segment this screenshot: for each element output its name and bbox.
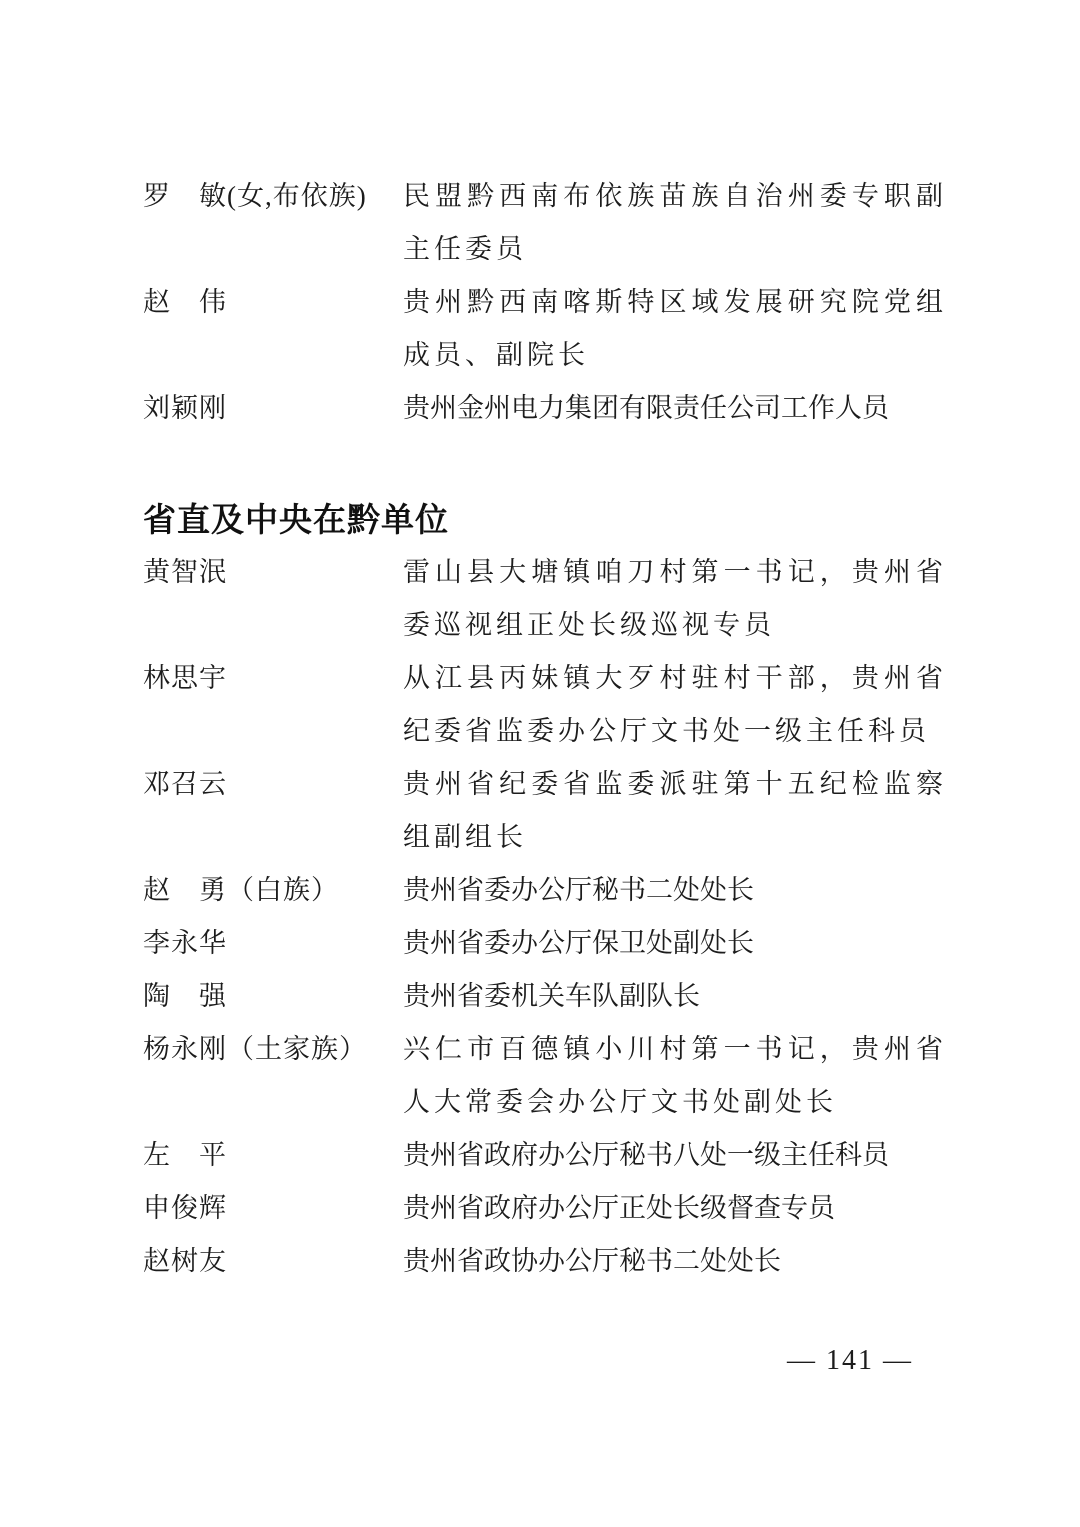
entry-position-line: 从江县丙妹镇大歹村驻村干部，贵州省 bbox=[403, 652, 943, 705]
page-footer: — 141 — bbox=[0, 1345, 1080, 1377]
entry-name: 李永华 bbox=[143, 917, 403, 970]
entry-position-line: 贵州省纪委省监委派驻第十五纪检监察 bbox=[403, 758, 943, 811]
entry-row: 林思宇从江县丙妹镇大歹村驻村干部，贵州省纪委省监委办公厅文书处一级主任科员 bbox=[143, 652, 943, 758]
entry-position: 贵州省政府办公厅正处长级督查专员 bbox=[403, 1182, 943, 1235]
entry-row: 邓召云贵州省纪委省监委派驻第十五纪检监察组副组长 bbox=[143, 758, 943, 864]
entry-name: 赵 勇（白族） bbox=[143, 864, 403, 917]
entry-name: 申俊辉 bbox=[143, 1182, 403, 1235]
entry-name: 赵 伟 bbox=[143, 276, 403, 329]
entry-row: 黄智泯雷山县大塘镇咱刀村第一书记，贵州省委巡视组正处长级巡视专员 bbox=[143, 546, 943, 652]
entry-name: 罗 敏(女,布依族) bbox=[143, 170, 403, 223]
entry-row: 杨永刚（土家族）兴仁市百德镇小川村第一书记，贵州省人大常委会办公厅文书处副处长 bbox=[143, 1023, 943, 1129]
entry-position: 雷山县大塘镇咱刀村第一书记，贵州省委巡视组正处长级巡视专员 bbox=[403, 546, 943, 652]
entry-position: 贵州黔西南喀斯特区域发展研究院党组成员、副院长 bbox=[403, 276, 943, 382]
entry-position: 贵州省政协办公厅秘书二处处长 bbox=[403, 1235, 943, 1288]
entry-position-line: 人大常委会办公厅文书处副处长 bbox=[403, 1076, 943, 1129]
entry-position-line: 雷山县大塘镇咱刀村第一书记，贵州省 bbox=[403, 546, 943, 599]
entry-name: 林思宇 bbox=[143, 652, 403, 705]
entry-row: 李永华贵州省委办公厅保卫处副处长 bbox=[143, 917, 943, 970]
entry-position-line: 委巡视组正处长级巡视专员 bbox=[403, 599, 943, 652]
entry-position-line: 民盟黔西南布依族苗族自治州委专职副 bbox=[403, 170, 943, 223]
document-page: 罗 敏(女,布依族)民盟黔西南布依族苗族自治州委专职副主任委员赵 伟贵州黔西南喀… bbox=[0, 0, 1080, 1527]
entry-position: 兴仁市百德镇小川村第一书记，贵州省人大常委会办公厅文书处副处长 bbox=[403, 1023, 943, 1129]
entry-name: 杨永刚（土家族） bbox=[143, 1023, 403, 1076]
entry-position-line: 成员、副院长 bbox=[403, 329, 943, 382]
entry-position: 贵州金州电力集团有限责任公司工作人员 bbox=[403, 382, 943, 435]
entry-position: 从江县丙妹镇大歹村驻村干部，贵州省纪委省监委办公厅文书处一级主任科员 bbox=[403, 652, 943, 758]
entry-position: 贵州省委办公厅秘书二处处长 bbox=[403, 864, 943, 917]
entry-position-line: 主任委员 bbox=[403, 223, 943, 276]
entry-position-line: 贵州省政府办公厅秘书八处一级主任科员 bbox=[403, 1129, 943, 1182]
entry-position-line: 纪委省监委办公厅文书处一级主任科员 bbox=[403, 705, 943, 758]
entry-name: 刘颖刚 bbox=[143, 382, 403, 435]
entry-row: 赵 勇（白族）贵州省委办公厅秘书二处处长 bbox=[143, 864, 943, 917]
entry-row: 刘颖刚贵州金州电力集团有限责任公司工作人员 bbox=[143, 382, 943, 435]
entry-row: 陶 强贵州省委机关车队副队长 bbox=[143, 970, 943, 1023]
entry-row: 申俊辉贵州省政府办公厅正处长级督查专员 bbox=[143, 1182, 943, 1235]
entry-position: 贵州省委机关车队副队长 bbox=[403, 970, 943, 1023]
entry-position: 贵州省纪委省监委派驻第十五纪检监察组副组长 bbox=[403, 758, 943, 864]
entry-position-line: 贵州省委办公厅保卫处副处长 bbox=[403, 917, 943, 970]
section-header: 省直及中央在黔单位 bbox=[143, 493, 943, 546]
entry-name: 陶 强 bbox=[143, 970, 403, 1023]
entry-position: 贵州省委办公厅保卫处副处长 bbox=[403, 917, 943, 970]
document-body: 罗 敏(女,布依族)民盟黔西南布依族苗族自治州委专职副主任委员赵 伟贵州黔西南喀… bbox=[143, 170, 943, 1288]
entry-name: 黄智泯 bbox=[143, 546, 403, 599]
entry-position-line: 贵州省委机关车队副队长 bbox=[403, 970, 943, 1023]
entry-position-line: 兴仁市百德镇小川村第一书记，贵州省 bbox=[403, 1023, 943, 1076]
entry-position: 贵州省政府办公厅秘书八处一级主任科员 bbox=[403, 1129, 943, 1182]
entry-position-line: 贵州黔西南喀斯特区域发展研究院党组 bbox=[403, 276, 943, 329]
entry-row: 赵 伟贵州黔西南喀斯特区域发展研究院党组成员、副院长 bbox=[143, 276, 943, 382]
entry-name: 邓召云 bbox=[143, 758, 403, 811]
entry-name: 赵树友 bbox=[143, 1235, 403, 1288]
entry-position-line: 贵州金州电力集团有限责任公司工作人员 bbox=[403, 382, 943, 435]
entry-row: 罗 敏(女,布依族)民盟黔西南布依族苗族自治州委专职副主任委员 bbox=[143, 170, 943, 276]
entry-position-line: 贵州省委办公厅秘书二处处长 bbox=[403, 864, 943, 917]
entry-row: 左 平贵州省政府办公厅秘书八处一级主任科员 bbox=[143, 1129, 943, 1182]
entry-position-line: 贵州省政协办公厅秘书二处处长 bbox=[403, 1235, 943, 1288]
entry-position: 民盟黔西南布依族苗族自治州委专职副主任委员 bbox=[403, 170, 943, 276]
entry-position-line: 贵州省政府办公厅正处长级督查专员 bbox=[403, 1182, 943, 1235]
page-number: — 141 — bbox=[787, 1345, 913, 1376]
entry-name: 左 平 bbox=[143, 1129, 403, 1182]
entry-row: 赵树友贵州省政协办公厅秘书二处处长 bbox=[143, 1235, 943, 1288]
entry-position-line: 组副组长 bbox=[403, 811, 943, 864]
